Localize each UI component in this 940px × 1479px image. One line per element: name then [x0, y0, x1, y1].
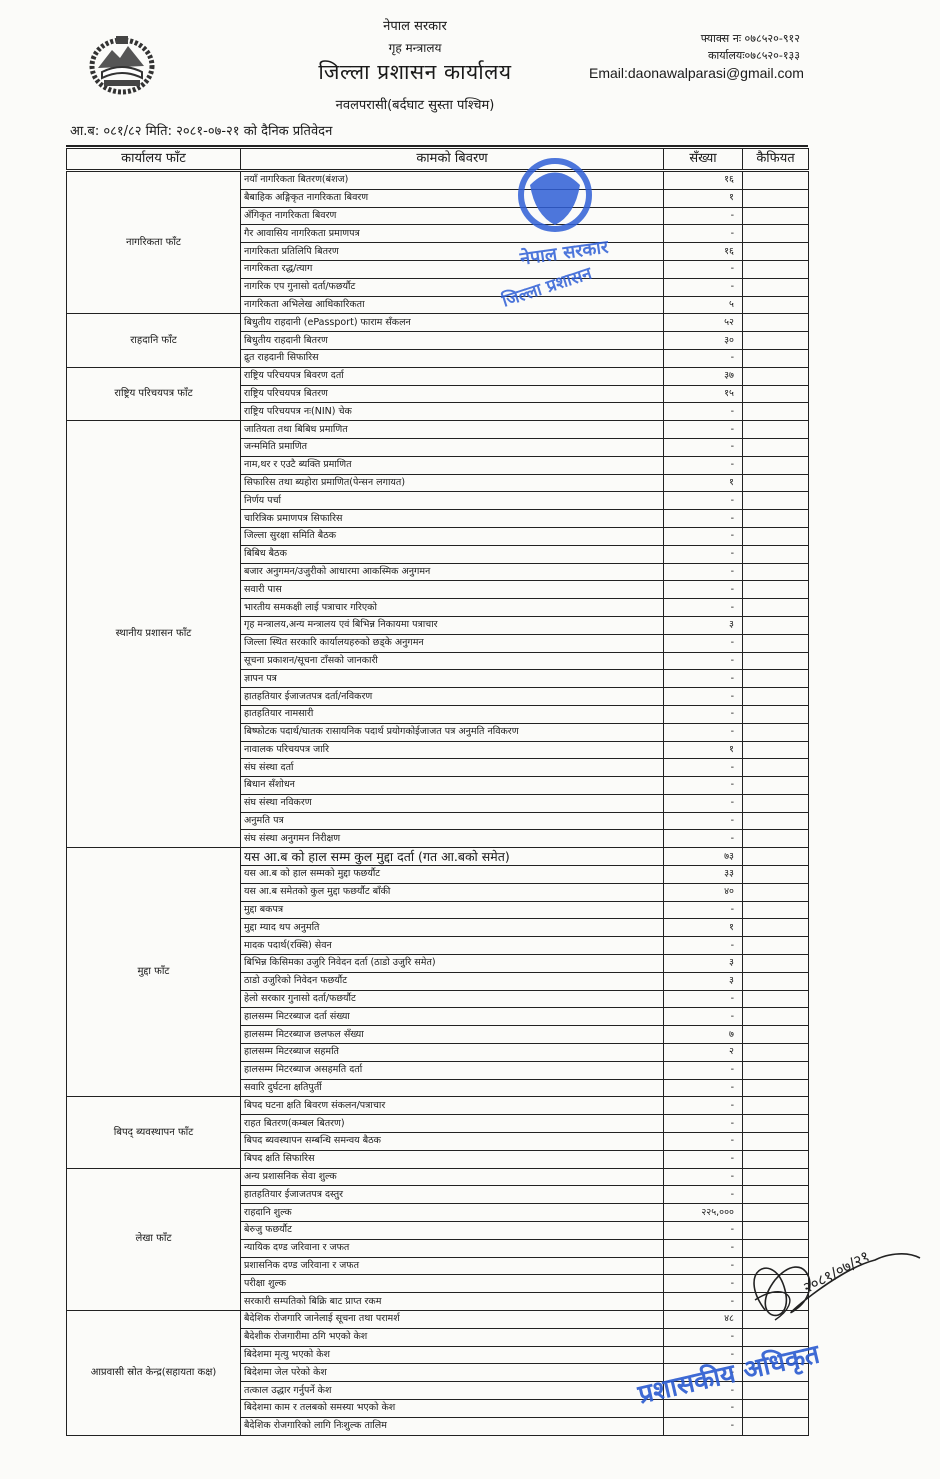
col-header-description: कामको बिवरण — [241, 149, 664, 171]
task-count: - — [664, 1061, 743, 1079]
task-description: नागरिकता प्रतिलिपि बितरण — [241, 243, 664, 261]
task-count: - — [664, 527, 743, 545]
task-description: नागरिकता रद्ध/त्याग — [241, 260, 664, 278]
ministry-name: गृह मन्त्रालय — [290, 39, 540, 56]
task-description: बिधुतीय राहदानी (ePassport) फाराम सँकलन — [241, 314, 664, 332]
office-phone: कार्यालयः०७८५२०-१३३ — [708, 48, 800, 63]
task-remarks — [743, 1079, 809, 1097]
task-remarks — [743, 225, 809, 243]
task-remarks — [743, 937, 809, 955]
task-remarks — [743, 545, 809, 563]
task-remarks — [743, 189, 809, 207]
task-description: बैबाहिक अङ्गिकृत नागरिकता बिवरण — [241, 189, 664, 207]
task-count: ३ — [664, 616, 743, 634]
section-name: स्थानीय प्रशासन फाँट — [67, 421, 241, 848]
task-remarks — [743, 1133, 809, 1151]
task-count: - — [664, 1222, 743, 1240]
task-description: जिल्ला सुरक्षा समिति बैठक — [241, 527, 664, 545]
task-remarks — [743, 972, 809, 990]
task-count: १५ — [664, 385, 743, 403]
task-count: - — [664, 1328, 743, 1346]
task-count: - — [664, 349, 743, 367]
section-name: मुद्दा फाँट — [67, 848, 241, 1097]
task-description: संघ संस्था अनुगमन निरीक्षण — [241, 830, 664, 848]
task-remarks — [743, 332, 809, 350]
task-remarks — [743, 1097, 809, 1115]
report-title: आ.ब: ०८१/८२ मिति: २०८१-०७-२१ को दैनिक प्… — [70, 121, 332, 139]
task-remarks — [743, 1275, 809, 1293]
task-description: जिल्ला स्थित सरकारि कार्यालयहरुको छड्के … — [241, 634, 664, 652]
section-name: नागरिकता फाँट — [67, 171, 241, 314]
task-description: न्यायिक दण्ड जरिवाना र जफत — [241, 1239, 664, 1257]
task-count: - — [664, 1079, 743, 1097]
office-name: जिल्ला प्रशासन कार्यालय — [290, 58, 540, 86]
task-description: बिभिन्न किसिमका उजुरि निवेदन दर्ता (ठाडो… — [241, 955, 664, 973]
task-remarks — [743, 1222, 809, 1240]
table-row: स्थानीय प्रशासन फाँटजातियता तथा बिबिध प्… — [67, 421, 809, 439]
task-description: बिपद ब्यवस्थापन सम्बन्धि समन्वय बैठक — [241, 1133, 664, 1151]
task-description: द्रुत राहदानी सिफारिस — [241, 349, 664, 367]
table-row: मुद्दा फाँटयस आ.ब को हाल सम्म कुल मुद्दा… — [67, 848, 809, 866]
task-count: - — [664, 563, 743, 581]
table-row: राहदानि फाँटबिधुतीय राहदानी (ePassport) … — [67, 314, 809, 332]
task-remarks — [743, 599, 809, 617]
task-remarks — [743, 403, 809, 421]
col-header-remarks: कैफियत — [743, 149, 809, 171]
task-description: हालसम्म मिटरब्याज छलफल सँख्या — [241, 1026, 664, 1044]
task-count: १ — [664, 741, 743, 759]
task-remarks — [743, 581, 809, 599]
task-remarks — [743, 367, 809, 385]
task-description: बिधुतीय राहदानी बितरण — [241, 332, 664, 350]
task-description: नाम,थर र एउटै ब्यक्ति प्रमाणित — [241, 456, 664, 474]
table-body: नागरिकता फाँटनयाँ नागरिकता बितरण(बंशज)१६… — [67, 171, 809, 1436]
task-description: बिपद क्षति सिफारिस — [241, 1150, 664, 1168]
table-header-row: कार्यालय फाँट कामको बिवरण सँख्या कैफियत — [67, 149, 809, 171]
table-row: राष्ट्रिय परिचयपत्र फाँटराष्ट्रिय परिचयप… — [67, 367, 809, 385]
task-description: बिधान सँशोधन — [241, 777, 664, 795]
task-description: मुद्दा म्याद थप अनुमति — [241, 919, 664, 937]
task-count: - — [664, 759, 743, 777]
task-description: निर्णय पर्चा — [241, 492, 664, 510]
task-count: ७३ — [664, 848, 743, 866]
task-count: - — [664, 723, 743, 741]
task-count: - — [664, 794, 743, 812]
task-remarks — [743, 1204, 809, 1222]
task-description: राहत बितरण(कम्बल बितरण) — [241, 1115, 664, 1133]
col-header-section: कार्यालय फाँट — [67, 149, 241, 171]
task-count: ३० — [664, 332, 743, 350]
task-remarks — [743, 260, 809, 278]
task-count: - — [664, 207, 743, 225]
task-count: ४८ — [664, 1311, 743, 1329]
task-remarks — [743, 385, 809, 403]
task-remarks — [743, 883, 809, 901]
task-remarks — [743, 794, 809, 812]
task-count: ७ — [664, 1026, 743, 1044]
section-name: लेखा फाँट — [67, 1168, 241, 1310]
task-remarks — [743, 705, 809, 723]
task-description: संघ संस्था दर्ता — [241, 759, 664, 777]
task-remarks — [743, 1399, 809, 1417]
task-description: राष्ट्रिय परिचयपत्र नः(NIN) चेक — [241, 403, 664, 421]
task-count: - — [664, 545, 743, 563]
task-remarks — [743, 1417, 809, 1435]
task-count: - — [664, 581, 743, 599]
task-remarks — [743, 741, 809, 759]
task-description: सूचना प्रकाशन/सूचना टाँसको जानकारी — [241, 652, 664, 670]
task-description: बिदेशमा मृत्यु भएको केश — [241, 1346, 664, 1364]
task-description: राष्ट्रिय परिचयपत्र बिवरण दर्ता — [241, 367, 664, 385]
task-count: २२५,००० — [664, 1204, 743, 1222]
task-remarks — [743, 1257, 809, 1275]
section-name: राष्ट्रिय परिचयपत्र फाँट — [67, 367, 241, 420]
task-count: - — [664, 438, 743, 456]
task-description: नागरिकता अभिलेख आधिकारिकता — [241, 296, 664, 314]
task-count: - — [664, 456, 743, 474]
task-description: बिदेशमा जेल परेको केश — [241, 1364, 664, 1382]
task-remarks — [743, 777, 809, 795]
task-description: मुद्दा बकपत्र — [241, 901, 664, 919]
task-description: यस आ.ब को हाल सम्मको मुद्दा फछर्यौट — [241, 866, 664, 884]
task-remarks — [743, 438, 809, 456]
task-remarks — [743, 652, 809, 670]
task-count: ४० — [664, 883, 743, 901]
task-count: - — [664, 777, 743, 795]
task-description: यस आ.ब को हाल सम्म कुल मुद्दा दर्ता (गत … — [241, 848, 664, 866]
task-count: - — [664, 670, 743, 688]
task-remarks — [743, 456, 809, 474]
task-description: प्रशासनिक दण्ड जरिवाना र जफत — [241, 1257, 664, 1275]
task-count: - — [664, 1097, 743, 1115]
task-description: गैर आवासिय नागरिकता प्रमाणपत्र — [241, 225, 664, 243]
daily-report-table: कार्यालय फाँट कामको बिवरण सँख्या कैफियत … — [66, 148, 809, 1436]
task-count: १६ — [664, 171, 743, 190]
task-remarks — [743, 421, 809, 439]
task-description: राहदानि शुल्क — [241, 1204, 664, 1222]
task-description: जन्ममिति प्रमाणित — [241, 438, 664, 456]
task-description: बैदेशिक रोजगारिको लागि निःशुल्क तालिम — [241, 1417, 664, 1435]
task-remarks — [743, 955, 809, 973]
task-description: हातहतियार नामसारी — [241, 705, 664, 723]
task-remarks — [743, 901, 809, 919]
task-remarks — [743, 830, 809, 848]
task-description: हालसम्म मिटरब्याज दर्ता संख्या — [241, 1008, 664, 1026]
section-name: आप्रवासी स्रोत केन्द्र(सहायता कक्ष) — [67, 1311, 241, 1436]
task-description: तत्काल उद्धार गर्नुपर्ने केश — [241, 1382, 664, 1400]
task-remarks — [743, 296, 809, 314]
task-count: १ — [664, 189, 743, 207]
task-description: यस आ.ब समेतको कुल मुद्दा फछर्यौट बाँकी — [241, 883, 664, 901]
task-count: - — [664, 1168, 743, 1186]
section-name: राहदानि फाँट — [67, 314, 241, 367]
task-remarks — [743, 866, 809, 884]
task-description: अन्य प्रशासनिक सेवा शुल्क — [241, 1168, 664, 1186]
task-remarks — [743, 919, 809, 937]
task-count: - — [664, 1417, 743, 1435]
task-description: बैदेशिक रोजगारि जानेलाई सूचना तथा परामर्… — [241, 1311, 664, 1329]
email-address: Email:daonawalparasi@gmail.com — [589, 65, 804, 81]
task-description: हालसम्म मिटरब्याज सहमति — [241, 1044, 664, 1062]
task-remarks — [743, 759, 809, 777]
task-count: - — [664, 705, 743, 723]
task-description: नयाँ नागरिकता बितरण(बंशज) — [241, 171, 664, 190]
task-description: सवारी पास — [241, 581, 664, 599]
task-count: - — [664, 1115, 743, 1133]
task-description: ज्ञापन पत्र — [241, 670, 664, 688]
task-description: परीक्षा शुल्क — [241, 1275, 664, 1293]
table-row: आप्रवासी स्रोत केन्द्र(सहायता कक्ष)बैदेश… — [67, 1311, 809, 1329]
task-count: २ — [664, 1044, 743, 1062]
task-count: - — [664, 812, 743, 830]
task-description: अँगिकृत नागरिकता बिवरण — [241, 207, 664, 225]
task-remarks — [743, 1044, 809, 1062]
government-name: नेपाल सरकार — [290, 16, 540, 34]
task-description: संघ संस्था नविकरण — [241, 794, 664, 812]
task-remarks — [743, 1168, 809, 1186]
task-description: हातहतियार ईजाजतपत्र दर्ता/नविकरण — [241, 688, 664, 706]
task-count: - — [664, 421, 743, 439]
nepal-emblem-icon — [84, 32, 160, 96]
task-count: ३ — [664, 972, 743, 990]
task-description: बेरुजु फछर्यौट — [241, 1222, 664, 1240]
table-row: लेखा फाँटअन्य प्रशासनिक सेवा शुल्क- — [67, 1168, 809, 1186]
signature-date: २०८१/०७/२१ — [800, 1246, 873, 1298]
task-count: - — [664, 1239, 743, 1257]
task-remarks — [743, 510, 809, 528]
task-remarks — [743, 670, 809, 688]
task-count: - — [664, 1257, 743, 1275]
task-description: गृह मन्त्रालय,अन्य मन्त्रालय एवं बिभिन्न… — [241, 616, 664, 634]
task-count: ३ — [664, 955, 743, 973]
task-description: नावालक परिचयपत्र जारि — [241, 741, 664, 759]
task-description: सिफारिस तथा ब्यहोरा प्रमाणित(पेन्सन लगाय… — [241, 474, 664, 492]
task-count: - — [664, 225, 743, 243]
task-remarks — [743, 207, 809, 225]
task-description: मादक पदार्थ(रक्सि) सेवन — [241, 937, 664, 955]
task-count: - — [664, 1133, 743, 1151]
header-rule — [66, 145, 808, 147]
task-remarks — [743, 848, 809, 866]
task-count: - — [664, 599, 743, 617]
task-description: बैदेशीक रोजगारीमा ठगि भएको केश — [241, 1328, 664, 1346]
task-remarks — [743, 1311, 809, 1329]
task-count: - — [664, 1275, 743, 1293]
task-remarks — [743, 349, 809, 367]
task-count: - — [664, 901, 743, 919]
task-description: सरकारी सम्पतिको बिक्रि बाट प्राप्त रकम — [241, 1293, 664, 1311]
task-remarks — [743, 563, 809, 581]
task-remarks — [743, 474, 809, 492]
task-description: चारित्रिक प्रमाणपत्र सिफारिस — [241, 510, 664, 528]
task-description: हेलो सरकार गुनासो दर्ता/फछर्यौट — [241, 990, 664, 1008]
task-count: - — [664, 492, 743, 510]
task-description: सवारि दुर्घटना क्षतिपुर्ती — [241, 1079, 664, 1097]
col-header-count: सँख्या — [664, 149, 743, 171]
task-description: हातहतियार ईजाजतपत्र दस्तुर — [241, 1186, 664, 1204]
task-remarks — [743, 243, 809, 261]
task-count: - — [664, 510, 743, 528]
task-count: ५ — [664, 296, 743, 314]
district-name: नवलपरासी(बर्दघाट सुस्ता पश्चिम) — [290, 95, 540, 113]
task-description: बजार अनुगमन/उजुरीको आधारमा आकस्मिक अनुगम… — [241, 563, 664, 581]
task-description: बिष्फोटक पदार्थ/घातक रासायनिक पदार्थ प्र… — [241, 723, 664, 741]
table-row: बिपद् ब्यवस्थापन फाँटबिपद घटना क्षति बिव… — [67, 1097, 809, 1115]
section-name: बिपद् ब्यवस्थापन फाँट — [67, 1097, 241, 1168]
task-count: १ — [664, 919, 743, 937]
task-description: हालसम्म मिटरब्याज असहमति दर्ता — [241, 1061, 664, 1079]
task-remarks — [743, 492, 809, 510]
task-remarks — [743, 1026, 809, 1044]
task-description: राष्ट्रिय परिचयपत्र बितरण — [241, 385, 664, 403]
task-remarks — [743, 723, 809, 741]
task-count: - — [664, 937, 743, 955]
task-remarks — [743, 1186, 809, 1204]
task-description: बिबिध बैठक — [241, 545, 664, 563]
task-remarks — [743, 1008, 809, 1026]
task-remarks — [743, 812, 809, 830]
task-count: - — [664, 260, 743, 278]
task-description: जातियता तथा बिबिध प्रमाणित — [241, 421, 664, 439]
task-count: - — [664, 830, 743, 848]
task-remarks — [743, 1293, 809, 1311]
task-count: - — [664, 403, 743, 421]
task-count: - — [664, 1186, 743, 1204]
fax-number: फ्याक्स नः ०७८५२०-९१२ — [701, 31, 800, 46]
task-description: ठाडो उजुरिको निवेदन फछर्यौट — [241, 972, 664, 990]
task-remarks — [743, 990, 809, 1008]
task-count: - — [664, 652, 743, 670]
task-remarks — [743, 634, 809, 652]
task-count: १६ — [664, 243, 743, 261]
task-count: - — [664, 1150, 743, 1168]
task-count: ३३ — [664, 866, 743, 884]
task-remarks — [743, 1061, 809, 1079]
task-description: बिपद घटना क्षति बिवरण संकलन/पत्राचार — [241, 1097, 664, 1115]
task-description: बिदेशमा काम र तलबको समस्या भएको केश — [241, 1399, 664, 1417]
task-count: - — [664, 990, 743, 1008]
task-description: भारतीय समकक्षी लाई पत्राचार गरिएको — [241, 599, 664, 617]
task-remarks — [743, 314, 809, 332]
task-count: - — [664, 634, 743, 652]
task-remarks — [743, 1150, 809, 1168]
task-remarks — [743, 1115, 809, 1133]
task-description: नागरिक एप गुनासो दर्ता/फछर्यौट — [241, 278, 664, 296]
task-remarks — [743, 278, 809, 296]
task-remarks — [743, 1239, 809, 1257]
task-count: ५२ — [664, 314, 743, 332]
task-count: ३७ — [664, 367, 743, 385]
task-remarks — [743, 616, 809, 634]
task-remarks — [743, 171, 809, 190]
table-row: नागरिकता फाँटनयाँ नागरिकता बितरण(बंशज)१६ — [67, 171, 809, 190]
task-count: १ — [664, 474, 743, 492]
task-count: - — [664, 278, 743, 296]
task-description: अनुमति पत्र — [241, 812, 664, 830]
task-count: - — [664, 688, 743, 706]
task-count: - — [664, 1293, 743, 1311]
task-count: - — [664, 1008, 743, 1026]
task-remarks — [743, 527, 809, 545]
task-remarks — [743, 688, 809, 706]
